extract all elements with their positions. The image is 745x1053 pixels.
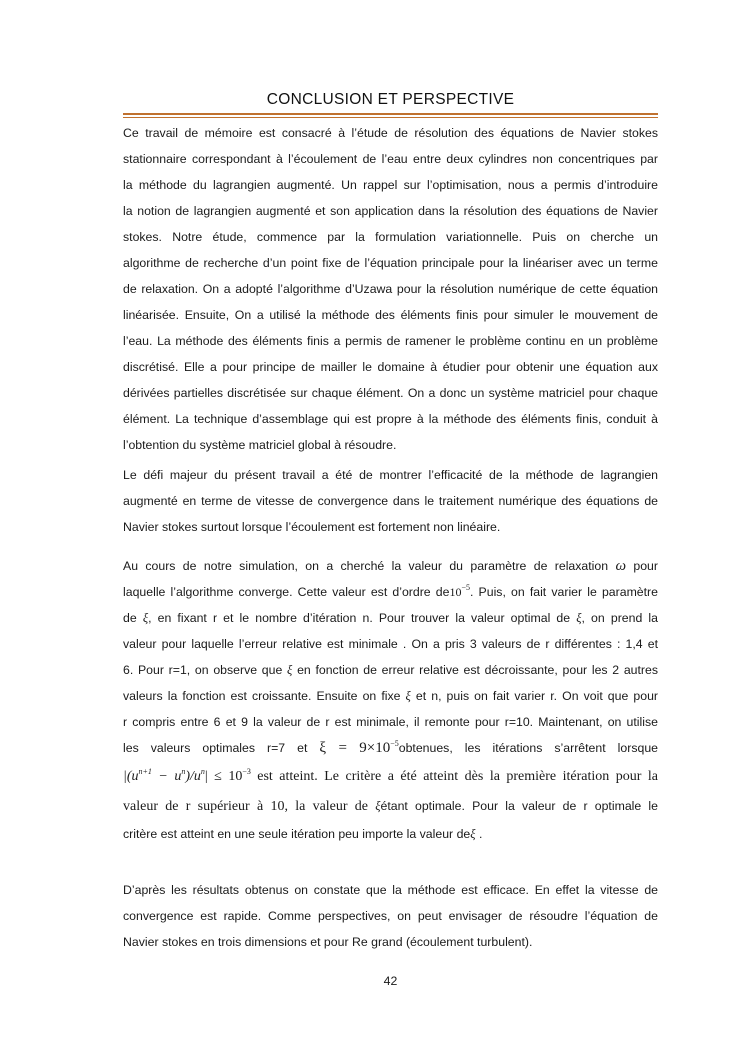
text-span: valeurs la fonction est croissante. Ensu… xyxy=(123,689,400,703)
page-number: 42 xyxy=(123,974,658,988)
xi-symbol: ξ xyxy=(470,827,475,841)
text-line: élément. La technique d’assemblage qui e… xyxy=(123,406,658,432)
xi-equation: ξ = 9×10 xyxy=(319,740,390,756)
text-span: étant optimale. Pour la valeur de r opti… xyxy=(380,799,658,813)
omega-symbol: ω xyxy=(615,558,626,574)
text-line: augmenté en terme de vitesse de converge… xyxy=(123,488,658,514)
paragraph-4: D’après les résultats obtenus on constat… xyxy=(123,877,658,955)
text-line: Ce travail de mémoire est consacré à l’é… xyxy=(123,120,658,146)
text-span: obtenues, les itérations s’arrêtent lors… xyxy=(399,741,658,755)
stopping-criterion-formula: |(un+1 − un)/un| ≤ 10−3 xyxy=(123,769,251,784)
text-line: valeurs la fonction est croissante. Ensu… xyxy=(123,683,658,709)
text-span: pour xyxy=(633,559,658,573)
text-span: , en fixant r et le nombre d’itération n… xyxy=(148,611,570,625)
text-line: laquelle l’algorithme converge. Cette va… xyxy=(123,579,658,605)
text-line: discrétisé. Elle a pour principe de mail… xyxy=(123,354,658,380)
text-span: . Puis, on fait varier le paramètre xyxy=(470,585,658,599)
text-line: de relaxation. On a adopté l’algorithme … xyxy=(123,276,658,302)
text-line: D’après les résultats obtenus on constat… xyxy=(123,877,658,903)
math-base: 10 xyxy=(449,585,461,599)
math-exponent: −5 xyxy=(390,739,399,748)
title-underline-thick xyxy=(123,113,658,115)
text-span: . xyxy=(479,827,482,841)
text-span: les valeurs optimales r=7 et xyxy=(123,741,307,755)
text-span: est atteint. Le critère a été atteint dè… xyxy=(257,769,658,784)
text-span: de xyxy=(123,611,137,625)
text-line: la notion de lagrangien augmenté et son … xyxy=(123,198,658,224)
xi-symbol: ξ xyxy=(287,663,292,677)
text-line: de ξ, en fixant r et le nombre d’itérati… xyxy=(123,605,658,631)
text-line: dérivées partielles discrétisée sur chaq… xyxy=(123,380,658,406)
text-line: Navier stokes en trois dimensions et pou… xyxy=(123,929,658,955)
paragraph-1: Ce travail de mémoire est consacré à l’é… xyxy=(123,120,658,458)
text-line: stationnaire correspondant à l’écoulemen… xyxy=(123,146,658,172)
text-line: valeur pour laquelle l’erreur relative e… xyxy=(123,631,658,657)
text-line: |(un+1 − un)/un| ≤ 10−3 est atteint. Le … xyxy=(123,763,658,793)
text-line: 6. Pour r=1, on observe que ξ en fonctio… xyxy=(123,657,658,683)
paragraph-2: Le défi majeur du présent travail a été … xyxy=(123,462,658,540)
text-line: Navier stokes surtout lorsque l’écouleme… xyxy=(123,514,658,540)
text-line: l’obtention du système matriciel global … xyxy=(123,432,658,458)
paragraph-3: Au cours de notre simulation, on a cherc… xyxy=(123,553,658,847)
text-line: l’eau. La méthode des éléments finis a p… xyxy=(123,328,658,354)
text-line: stokes. Notre étude, commence par la for… xyxy=(123,224,658,250)
text-line: convergence est rapide. Comme perspectiv… xyxy=(123,903,658,929)
text-span: valeur de r supérieur à 10, la valeur de xyxy=(123,799,368,814)
text-line: linéarisée. Ensuite, On a utilisé la mét… xyxy=(123,302,658,328)
text-line: valeur de r supérieur à 10, la valeur de… xyxy=(123,793,658,821)
text-line: critère est atteint en une seule itérati… xyxy=(123,821,658,847)
text-line: Le défi majeur du présent travail a été … xyxy=(123,462,658,488)
page-title: CONCLUSION ET PERSPECTIVE xyxy=(123,91,658,109)
text-span: 6. Pour r=1, on observe que xyxy=(123,663,282,677)
text-span: , on prend la xyxy=(582,611,658,625)
text-span: laquelle l’algorithme converge. Cette va… xyxy=(123,585,449,599)
math-exponent: −5 xyxy=(461,583,470,592)
text-span: en fonction de erreur relative est décro… xyxy=(297,663,658,677)
text-line: la méthode du lagrangien augmenté. Un ra… xyxy=(123,172,658,198)
text-line: Au cours de notre simulation, on a cherc… xyxy=(123,553,658,579)
text-span: et n, puis on fait varier r. On voit que… xyxy=(416,689,658,703)
text-line: r compris entre 6 et 9 la valeur de r es… xyxy=(123,709,658,735)
title-underline-thin xyxy=(123,117,658,118)
text-span: critère est atteint en une seule itérati… xyxy=(123,827,470,841)
text-line: les valeurs optimales r=7 et ξ = 9×10−5o… xyxy=(123,735,658,763)
xi-symbol: ξ xyxy=(406,689,411,703)
text-span: Au cours de notre simulation, on a cherc… xyxy=(123,559,608,573)
text-line: algorithme de recherche d’un point fixe … xyxy=(123,250,658,276)
